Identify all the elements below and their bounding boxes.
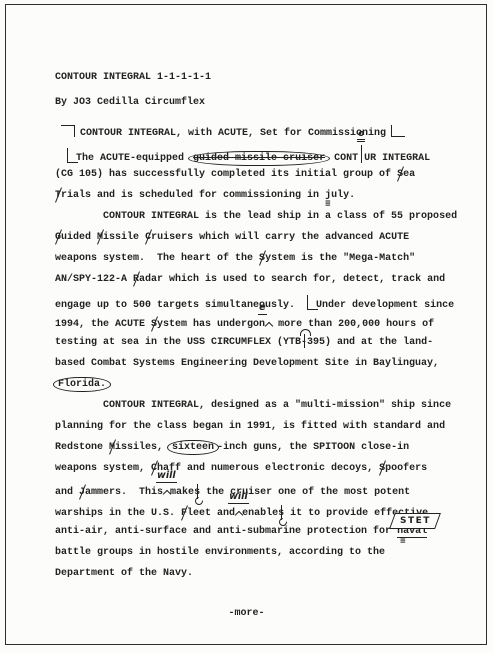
text-run: weapons system,: [55, 463, 151, 474]
stet-box: STET: [389, 513, 441, 529]
text-line: weapons system. The heart of the System …: [55, 253, 457, 274]
text-run: The ACUTE-equipped: [76, 153, 190, 164]
text-run: issile: [103, 232, 145, 243]
lowercase-slash-mark: M: [97, 232, 103, 243]
text-run: (CG 105) has successfully completed its …: [55, 169, 397, 180]
deleted-text: guided missile cruiser: [193, 153, 325, 164]
text-run: ruisers which will carry the advanced AC…: [151, 232, 409, 243]
hyphen-insert-mark: -: [301, 337, 307, 348]
text-run: CONTOUR INTEGRAL, designed as a "multi-m…: [55, 400, 451, 411]
text-run: leet and: [187, 508, 235, 519]
lowercase-slash-mark: J: [79, 487, 85, 498]
text-run: and: [55, 487, 79, 498]
text-run: uly.: [331, 190, 355, 201]
text-line: battle groups in hostile environments, a…: [55, 547, 457, 568]
text-line: based Combat Systems Engineering Develop…: [55, 358, 457, 379]
delete-letter-mark: s: [194, 487, 200, 498]
text-run: AN/SPY-122-A: [55, 274, 133, 285]
circled-word: Florida.: [53, 377, 111, 392]
text-line: engage up to 500 targets simultaneously.…: [55, 295, 457, 316]
text-run: [55, 153, 67, 164]
text-run: ystem is the "Mega-Match": [265, 253, 415, 264]
text-run: more than 200,000 hours of: [272, 319, 434, 330]
lowercase-slash-mark: M: [109, 442, 115, 453]
text-run: issiles,: [115, 442, 169, 453]
text-run: ea: [403, 169, 415, 180]
circled-word: sixteen: [167, 440, 219, 455]
hyphen-text: -: [301, 337, 307, 348]
lowercase-slash-mark: G: [55, 232, 61, 243]
text-line: anti-air, anti-surface and anti-submarin…: [55, 526, 457, 547]
text-run: adar which is used to search for, detect…: [139, 274, 445, 285]
text-run: Redstone: [55, 442, 109, 453]
text-run: 1994, the ACUTE: [55, 319, 151, 330]
text-run: anti-air, anti-surface and anti-submarin…: [55, 526, 397, 537]
lowercase-slash-mark: S: [259, 253, 265, 264]
text-line: Guided Missile Cruisers which will carry…: [55, 232, 457, 253]
text-run: battle groups in hostile environments, a…: [55, 547, 385, 558]
text-run: -inch guns, the SPITOON close-in: [217, 442, 409, 453]
lowercase-slash-mark: R: [133, 274, 139, 285]
insertion-caret: will: [163, 484, 170, 494]
deleted-phrase: guided missile cruiser: [188, 151, 330, 166]
text-run: UR INTEGRAL: [364, 153, 430, 164]
inserted-letter: o: [357, 130, 365, 142]
text-run: Under development since: [316, 300, 454, 311]
insertion-caret: e: [265, 316, 272, 326]
deleted-letter: s: [194, 487, 200, 498]
slug-line: CONTOUR INTEGRAL 1-1-1-1-1: [55, 72, 211, 83]
text-line: The ACUTE-equipped guided missile cruise…: [55, 148, 457, 169]
text-run: testing at sea in the USS CIRCUMFLEX (YT…: [55, 337, 301, 348]
text-run: 395) and at the land-: [307, 337, 433, 348]
text-run: haff and numerous electronic decoys,: [157, 463, 379, 474]
byline: By JO3 Cedilla Circumflex: [55, 97, 205, 108]
text-run: poofers: [385, 463, 427, 474]
text-run: CONTOUR INTEGRAL is the lead ship in a c…: [55, 211, 457, 222]
circled-text: sixteen: [172, 442, 214, 453]
deleted-letter: s: [278, 508, 284, 519]
insertion-caret: will: [235, 505, 242, 515]
center-mark-left-icon: [61, 125, 75, 137]
text-run: based Combat Systems Engineering Develop…: [55, 358, 439, 369]
text-run: engage up to 500 targets simultaneously.: [55, 300, 307, 311]
lowercase-slash-mark: S: [379, 463, 385, 474]
headline-text: CONTOUR INTEGRAL, with ACUTE, Set for Co…: [80, 128, 386, 139]
center-mark-right-icon: [391, 125, 405, 137]
text-run: rials and is scheduled for commissioning…: [61, 190, 325, 201]
text-line: 1994, the ACUTE System has undergone mor…: [55, 316, 457, 337]
text-run: ystem has undergon: [157, 319, 265, 330]
text-run: CONT: [328, 153, 358, 164]
text-run: uided: [61, 232, 97, 243]
text-run: enable: [242, 508, 278, 519]
more-line: -more-: [0, 608, 493, 619]
lowercase-slash-mark: T: [55, 190, 61, 201]
text-line: Department of the Navy.: [55, 568, 457, 589]
lowercase-slash-mark: C: [145, 232, 151, 243]
headline-line: CONTOUR INTEGRAL, with ACUTE, Set for Co…: [55, 125, 405, 139]
circled-text: Florida.: [58, 379, 106, 390]
delete-letter-mark: s: [278, 508, 284, 519]
inserted-word: will: [156, 471, 177, 483]
text-run: make: [170, 487, 194, 498]
capitalize-mark: j: [325, 190, 331, 201]
lowercase-slash-mark: S: [397, 169, 403, 180]
text-line: testing at sea in the USS CIRCUMFLEX (YT…: [55, 337, 457, 358]
text-line: CONTOUR INTEGRAL, designed as a "multi-m…: [55, 400, 457, 421]
stet-label: STET: [400, 516, 431, 526]
text-line: (CG 105) has successfully completed its …: [55, 169, 457, 190]
text-line: Florida.: [55, 379, 457, 400]
inserted-word: e: [258, 303, 266, 315]
text-line: AN/SPY-122-A Radar which is used to sear…: [55, 274, 457, 295]
text-run: Department of the Navy.: [55, 568, 193, 579]
text-line: weapons system, Chaff and numerous elect…: [55, 463, 457, 484]
text-line: CONTOUR INTEGRAL is the lead ship in a c…: [55, 211, 457, 232]
text-run: warships in the U.S.: [55, 508, 181, 519]
text-run: ammers. This: [85, 487, 163, 498]
lowercase-slash-mark: F: [181, 508, 187, 519]
text-run: weapons system. The heart of the: [55, 253, 259, 264]
insert-letter-mark: o: [358, 150, 364, 160]
text-run: planning for the class began in 1991, is…: [55, 421, 445, 432]
text-line: Trials and is scheduled for commissionin…: [55, 190, 457, 211]
text-line: Redstone Missiles, sixteen-inch guns, th…: [55, 442, 457, 463]
text-line: and Jammers. Thiswillmakes the cruiser o…: [55, 484, 457, 505]
inserted-word: will: [228, 492, 249, 504]
lowercase-slash-mark: S: [151, 319, 157, 330]
